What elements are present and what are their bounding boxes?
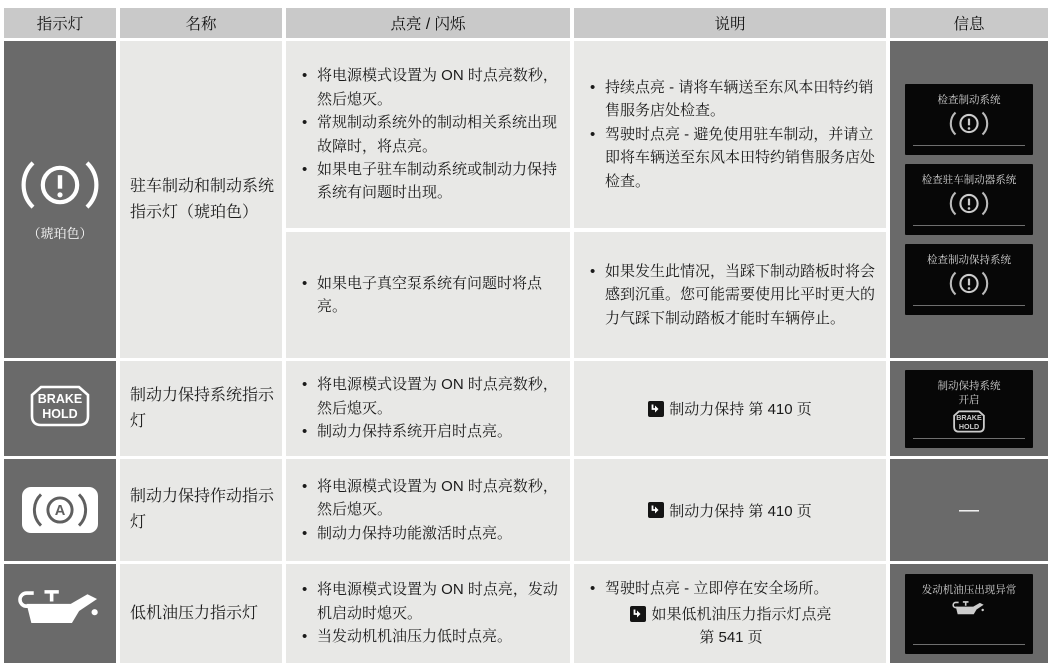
brake-warning-icon [948,270,990,302]
svg-text:HOLD: HOLD [42,407,77,421]
bullet-item: 将电源模式设置为 ON 时点亮，发动机启动时熄灭。 [298,578,560,625]
bullet-item: 如果电子驻车制动系统或制动力保持系统有问题时出现。 [298,158,560,205]
svg-text:HOLD: HOLD [959,423,979,431]
reference-arrow-icon [648,401,664,417]
bullet-item: 驾驶时点亮 - 避免使用驻车制动，并请立即将车辆送至东风本田特约销售服务店处检查… [586,123,876,193]
bullet-item: 常规制动系统外的制动相关系统出现故障时，将点亮。 [298,111,560,158]
message-box-check-parking-brake: 检查驻车制动器系统 [905,164,1033,235]
indicator-table: 指示灯 名称 点亮 / 闪烁 说明 信息 （琥珀色） 驻车制动和制动系统指示灯（… [0,0,1052,663]
table-row-brake-hold-active: A 制动力保持作动指示灯 将电源模式设置为 ON 时点亮数秒，然后熄灭。 制动力… [4,459,1048,561]
table-row-low-oil-pressure: 低机油压力指示灯 将电源模式设置为 ON 时点亮，发动机启动时熄灭。 当发动机机… [4,564,1048,663]
name-cell: 制动力保持作动指示灯 [120,459,282,561]
description-cell: 驾驶时点亮 - 立即停在安全场所。 如果低机油压力指示灯点亮 第 541 页 [574,564,886,663]
message-divider [913,644,1025,645]
brake-hold-badge-icon: BRAKE HOLD [952,410,986,438]
reference-text: 如果低机油压力指示灯点亮 [651,603,831,626]
table-header-row: 指示灯 名称 点亮 / 闪烁 说明 信息 [4,8,1048,38]
name-cell: 驻车制动和制动系统指示灯（琥珀色） [120,41,282,358]
description-cell: 如果发生此情况，当踩下制动踏板时将会感到沉重。您可能需要使用比平时更大的力气踩下… [574,232,886,358]
name-cell: 制动力保持系统指示灯 [120,361,282,456]
message-divider [913,225,1025,226]
message-divider [913,305,1025,306]
amber-color-label: （琥珀色） [27,223,92,242]
header-description: 说明 [574,8,886,38]
indicator-cell-brake-hold-active: A [4,459,116,561]
message-box-check-brake-hold: 检查制动保持系统 [905,244,1033,315]
bullet-item: 将电源模式设置为 ON 时点亮数秒，然后熄灭。 [298,64,560,111]
message-cell: 检查制动系统 检查驻车制动器系统 [890,41,1048,358]
description-cell: 制动力保持 第 410 页 [574,361,886,456]
svg-text:A: A [55,503,66,519]
row1-subrows: 将电源模式设置为 ON 时点亮数秒，然后熄灭。 常规制动系统外的制动相关系统出现… [286,41,886,358]
page-reference-link[interactable]: 制动力保持 第 410 页 [648,398,812,419]
brake-warning-icon [20,158,100,217]
message-cell-empty: — [890,459,1048,561]
row1-subrow-1: 将电源模式设置为 ON 时点亮数秒，然后熄灭。 常规制动系统外的制动相关系统出现… [286,41,886,228]
reference-page[interactable]: 第 541 页 [586,626,876,649]
bullet-item: 如果发生此情况，当踩下制动踏板时将会感到沉重。您可能需要使用比平时更大的力气踩下… [586,260,876,330]
brake-warning-icon [948,190,990,222]
svg-text:BRAKE: BRAKE [38,392,82,406]
header-name: 名称 [120,8,282,38]
page-reference-link[interactable]: 如果低机油压力指示灯点亮 [586,603,876,626]
table-row-parking-brake: （琥珀色） 驻车制动和制动系统指示灯（琥珀色） 将电源模式设置为 ON 时点亮数… [4,41,1048,358]
message-box-check-brake-system: 检查制动系统 [905,84,1033,155]
reference-text: 制动力保持 第 410 页 [669,398,812,419]
brake-hold-badge-icon: BRAKE HOLD [28,385,92,432]
message-title: 检查制动系统 [938,93,1001,107]
row1-subrow-2: 如果电子真空泵系统有问题时将点亮。 如果发生此情况，当踩下制动踏板时将会感到沉重… [286,232,886,358]
bullet-item: 当发动机机油压力低时点亮。 [298,625,560,648]
oil-can-icon [952,600,986,624]
bullet-item: 制动力保持系统开启时点亮。 [298,420,560,443]
message-cell: 制动保持系统 开启 BRAKE HOLD [890,361,1048,456]
message-box-brake-hold-on: 制动保持系统 开启 BRAKE HOLD [905,370,1033,448]
indicator-cell-low-oil [4,564,116,663]
description-cell: 制动力保持 第 410 页 [574,459,886,561]
message-title: 检查驻车制动器系统 [922,173,1017,187]
message-title: 发动机油压出现异常 [922,583,1017,597]
oil-can-icon [17,587,103,640]
bullet-item: 持续点亮 - 请将车辆送至东风本田特约销售服务店处检查。 [586,76,876,123]
reference-text: 制动力保持 第 410 页 [669,500,812,521]
bullet-item: 驾驶时点亮 - 立即停在安全场所。 [586,577,876,600]
page-reference-link[interactable]: 制动力保持 第 410 页 [648,500,812,521]
indicator-cell-brake-hold: BRAKE HOLD [4,361,116,456]
message-title: 制动保持系统 [938,379,1001,393]
bullet-item: 将电源模式设置为 ON 时点亮数秒，然后熄灭。 [298,373,560,420]
header-indicator: 指示灯 [4,8,116,38]
bullet-item: 将电源模式设置为 ON 时点亮数秒，然后熄灭。 [298,475,560,522]
brake-hold-active-icon: A [22,487,98,533]
message-divider [913,145,1025,146]
light-cell: 将电源模式设置为 ON 时点亮数秒，然后熄灭。 制动力保持系统开启时点亮。 [286,361,570,456]
reference-arrow-icon [630,606,646,622]
description-cell: 持续点亮 - 请将车辆送至东风本田特约销售服务店处检查。 驾驶时点亮 - 避免使… [574,41,886,228]
table-row-brake-hold-system: BRAKE HOLD 制动力保持系统指示灯 将电源模式设置为 ON 时点亮数秒，… [4,361,1048,456]
light-cell: 将电源模式设置为 ON 时点亮数秒，然后熄灭。 制动力保持功能激活时点亮。 [286,459,570,561]
header-message: 信息 [890,8,1048,38]
light-cell: 将电源模式设置为 ON 时点亮，发动机启动时熄灭。 当发动机机油压力低时点亮。 [286,564,570,663]
reference-arrow-icon [648,502,664,518]
message-divider [913,438,1025,439]
bullet-item: 如果电子真空泵系统有问题时将点亮。 [298,272,560,319]
name-cell: 低机油压力指示灯 [120,564,282,663]
brake-warning-icon [948,110,990,142]
indicator-cell-parking-brake: （琥珀色） [4,41,116,358]
light-cell: 如果电子真空泵系统有问题时将点亮。 [286,232,570,358]
bullet-item: 制动力保持功能激活时点亮。 [298,522,560,545]
message-box-oil-pressure: 发动机油压出现异常 [905,574,1033,654]
light-cell: 将电源模式设置为 ON 时点亮数秒，然后熄灭。 常规制动系统外的制动相关系统出现… [286,41,570,228]
message-subtitle: 开启 [959,393,980,407]
svg-text:BRAKE: BRAKE [956,414,982,422]
message-title: 检查制动保持系统 [927,253,1011,267]
header-light: 点亮 / 闪烁 [286,8,570,38]
message-cell: 发动机油压出现异常 [890,564,1048,663]
